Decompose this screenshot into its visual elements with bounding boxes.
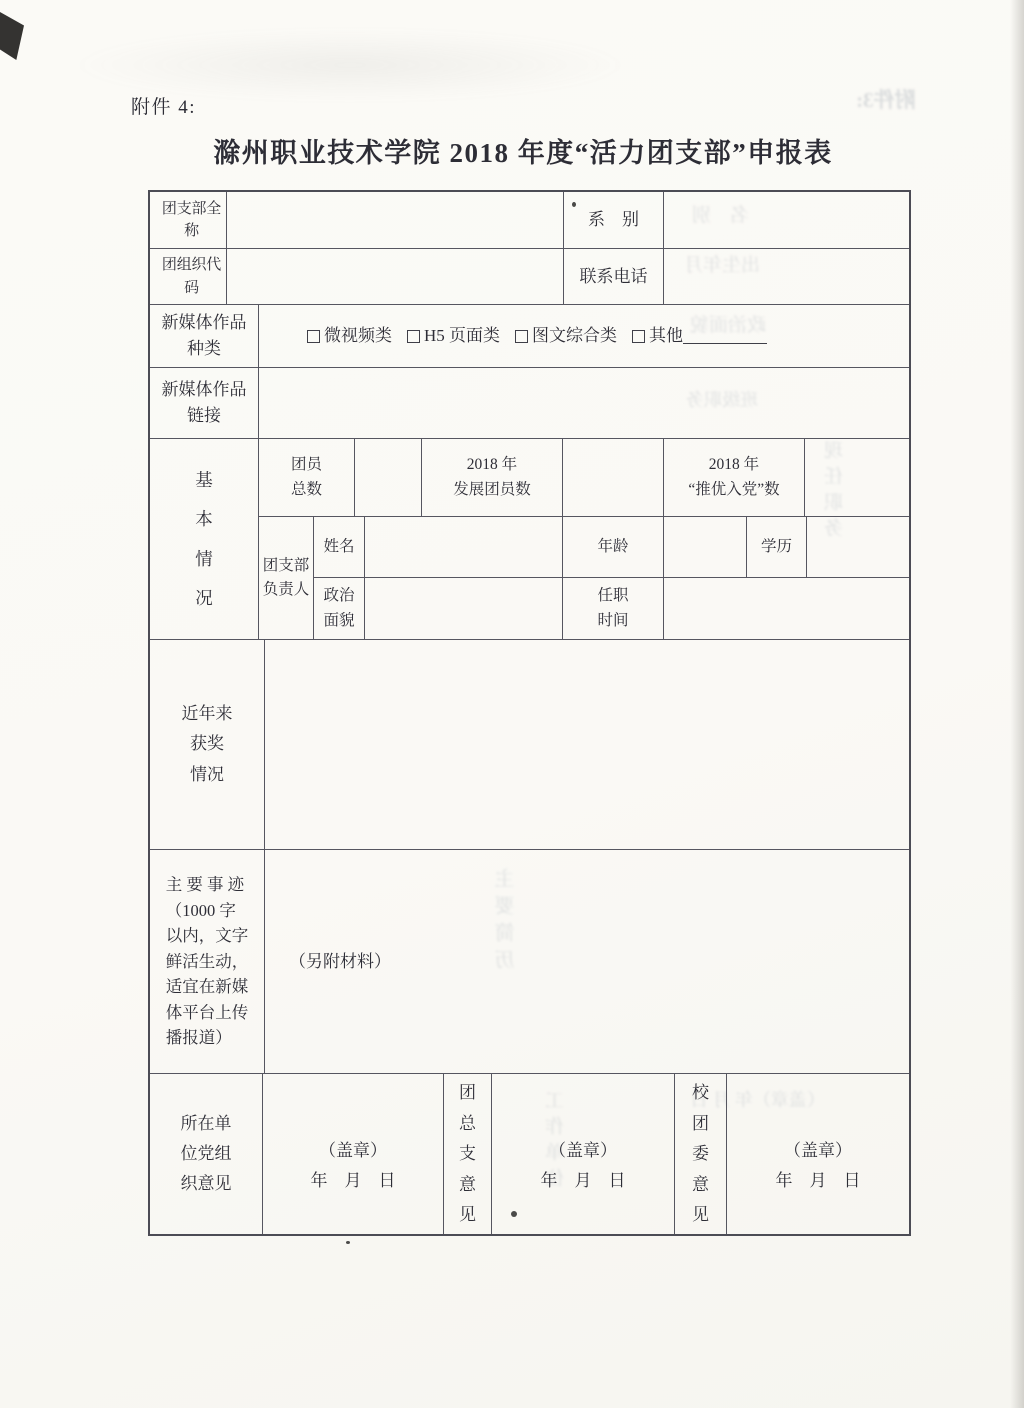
option-label: 图文综合类 (532, 323, 617, 349)
label-line: 获奖 (190, 729, 224, 760)
row-branch-name: 团支部全称 系 别 (150, 192, 909, 249)
bleed-through-artifact: 附件3: (856, 84, 916, 114)
date-label: 年 月 日 (776, 1170, 861, 1192)
developed-members-label: 2018 年 发展团员数 (422, 439, 563, 517)
label-line: 所在单 (181, 1109, 232, 1139)
other-fill-in-line[interactable] (683, 329, 767, 344)
branch-name-label: 团支部全称 (150, 192, 227, 249)
age-label: 年龄 (563, 517, 664, 578)
label-line: 时间 (597, 609, 628, 633)
application-form-table: 团支部全称 系 别 团组织代码 联系电话 新媒体作品 种类 微视频 (148, 190, 911, 1236)
vertical-char: 校 (692, 1080, 709, 1106)
label-line: （1000 字 (166, 898, 236, 924)
basic-info-section-label: 基 本 情 况 (150, 439, 259, 640)
row-media-type: 新媒体作品 种类 微视频类 H5 页面类 图文综合类 (150, 305, 909, 368)
label-line: 适宜在新媒 (166, 974, 249, 1000)
party-opinion-label: 所在单 位党组 织意见 (150, 1074, 263, 1234)
date-label: 年 月 日 (311, 1170, 396, 1192)
vertical-char: 意 (692, 1172, 709, 1198)
scan-edge-shadow (1010, 0, 1024, 1408)
vertical-char: 团 (459, 1080, 476, 1106)
league-branch-seal-cell[interactable]: （盖章） 年 月 日 (492, 1074, 675, 1234)
label-line: 新媒体作品 (162, 310, 247, 336)
developed-members-value-cell[interactable] (563, 439, 664, 517)
party-opinion-seal-cell[interactable]: （盖章） 年 月 日 (263, 1074, 444, 1234)
name-value-cell[interactable] (365, 517, 563, 578)
label-line: 新媒体作品 (162, 377, 247, 403)
label-line: 织意见 (181, 1169, 232, 1199)
scan-smudge (70, 30, 630, 100)
label-line: 政治 (323, 584, 354, 608)
scan-speck (346, 1241, 350, 1244)
seal-label: （盖章） (784, 1140, 852, 1162)
label-line: 主 要 事 迹 (166, 872, 244, 898)
phone-value-cell[interactable] (664, 249, 909, 305)
option-graphic-composite[interactable]: 图文综合类 (515, 323, 617, 349)
school-committee-opinion-label: 校 团 委 意 见 (675, 1074, 727, 1234)
department-value-cell[interactable] (664, 192, 909, 249)
label-line: 总数 (291, 478, 322, 502)
label-line: 近年来 (182, 699, 233, 730)
seal-label: （盖章） (319, 1140, 387, 1162)
awards-label: 近年来 获奖 情况 (150, 640, 265, 850)
checkbox-icon[interactable] (407, 330, 420, 343)
label-line: 团员 (291, 453, 322, 477)
vertical-char: 基 (195, 467, 213, 493)
option-label: H5 页面类 (424, 323, 500, 349)
political-status-label: 政治 面貌 (314, 578, 365, 640)
label-line: 种类 (187, 336, 221, 362)
label-line: 播报道） (166, 1025, 232, 1051)
option-other[interactable]: 其他 (632, 323, 767, 349)
row-basic-info: 基 本 情 况 团员 总数 2018 (150, 439, 909, 640)
label-line: 2018 年 (467, 453, 517, 477)
option-label: 其他 (649, 323, 683, 349)
age-value-cell[interactable] (664, 517, 747, 578)
scanned-form-page: 附件3: 名 别 出生年月 政治面貌 班级职务 现任职务 主要简历 工作单位 （… (0, 0, 1024, 1408)
phone-label: 联系电话 (564, 249, 664, 305)
row-awards: 近年来 获奖 情况 (150, 640, 909, 850)
member-total-label: 团员 总数 (259, 439, 355, 517)
label-line: 情况 (190, 760, 224, 791)
leader-label: 团支部 负责人 (259, 517, 314, 640)
row-org-code: 团组织代码 联系电话 (150, 249, 909, 305)
page-title: 滁州职业技术学院 2018 年度“活力团支部”申报表 (0, 131, 1024, 170)
branch-name-value-cell[interactable] (227, 192, 564, 249)
deeds-value-cell[interactable]: （另附材料） (265, 850, 909, 1074)
label-line: “推优入党”数 (688, 478, 779, 502)
deeds-label: 主 要 事 迹 （1000 字 以内，文字 鲜活生动， 适宜在新媒 体平台上传 … (150, 850, 265, 1074)
label-line: 负责人 (263, 578, 310, 602)
label-line: 以内，文字 (166, 923, 249, 949)
option-h5-page[interactable]: H5 页面类 (407, 323, 500, 349)
vertical-char: 委 (692, 1141, 709, 1167)
department-label: 系 别 (564, 192, 664, 249)
media-type-options-cell: 微视频类 H5 页面类 图文综合类 其他 (259, 305, 909, 368)
option-micro-video[interactable]: 微视频类 (307, 323, 392, 349)
subrow-leader-name: 姓名 年龄 学历 (314, 517, 909, 578)
media-type-label: 新媒体作品 种类 (150, 305, 259, 368)
vertical-char: 支 (459, 1141, 476, 1167)
tenure-label: 任职 时间 (563, 578, 664, 640)
label-line: 任职 (597, 584, 628, 608)
education-label: 学历 (747, 517, 807, 578)
scan-corner-artifact (0, 12, 24, 60)
school-committee-seal-cell[interactable]: （盖章） 年 月 日 (727, 1074, 909, 1234)
org-code-value-cell[interactable] (227, 249, 564, 305)
vertical-char: 团 (692, 1111, 709, 1137)
media-link-label: 新媒体作品 链接 (150, 368, 259, 439)
label-line: 2018 年 (709, 453, 759, 477)
vertical-char: 见 (459, 1202, 476, 1228)
political-status-value-cell[interactable] (365, 578, 563, 640)
seal-label: （盖章） (549, 1140, 617, 1162)
subrow-leader-political: 政治 面貌 任职 时间 (314, 578, 909, 640)
subrow-member-counts: 团员 总数 2018 年 发展团员数 2018 年 (259, 439, 909, 517)
label-line: 链接 (187, 403, 221, 429)
label-line: 鲜活生动， (166, 949, 249, 975)
row-deeds: 主 要 事 迹 （1000 字 以内，文字 鲜活生动， 适宜在新媒 体平台上传 … (150, 850, 909, 1074)
deeds-attachment-note: （另附材料） (289, 949, 391, 975)
tenure-value-cell[interactable] (664, 578, 909, 640)
recommended-members-label: 2018 年 “推优入党”数 (664, 439, 805, 517)
option-label: 微视频类 (324, 323, 392, 349)
label-line: 位党组 (181, 1139, 232, 1169)
name-label: 姓名 (314, 517, 365, 578)
checkbox-icon[interactable] (307, 330, 320, 343)
date-label: 年 月 日 (541, 1170, 626, 1192)
education-value-cell[interactable] (807, 517, 909, 578)
attachment-label: 附件 4: (131, 92, 196, 119)
vertical-char: 总 (459, 1111, 476, 1137)
league-branch-opinion-label: 团 总 支 意 见 (444, 1074, 492, 1234)
media-link-value-cell[interactable] (259, 368, 909, 439)
checkbox-icon[interactable] (515, 330, 528, 343)
row-opinions: 所在单 位党组 织意见 （盖章） 年 月 日 团 总 支 意 见 （盖章） 年 … (150, 1074, 909, 1234)
label-line: 面貌 (323, 609, 354, 633)
checkbox-icon[interactable] (632, 330, 645, 343)
row-media-link: 新媒体作品 链接 (150, 368, 909, 439)
vertical-char: 情 (195, 546, 213, 572)
vertical-char: 意 (459, 1172, 476, 1198)
vertical-char: 本 (195, 506, 213, 532)
label-line: 团支部 (263, 554, 310, 578)
vertical-char: 况 (195, 585, 213, 611)
label-line: 发展团员数 (453, 478, 531, 502)
recommended-members-value-cell[interactable] (805, 439, 909, 517)
label-line: 体平台上传 (166, 1000, 249, 1026)
awards-value-cell[interactable] (265, 640, 909, 850)
member-total-value-cell[interactable] (355, 439, 422, 517)
subrow-leader: 团支部 负责人 姓名 年龄 学历 (259, 517, 909, 640)
vertical-char: 见 (692, 1202, 709, 1228)
org-code-label: 团组织代码 (150, 249, 227, 305)
